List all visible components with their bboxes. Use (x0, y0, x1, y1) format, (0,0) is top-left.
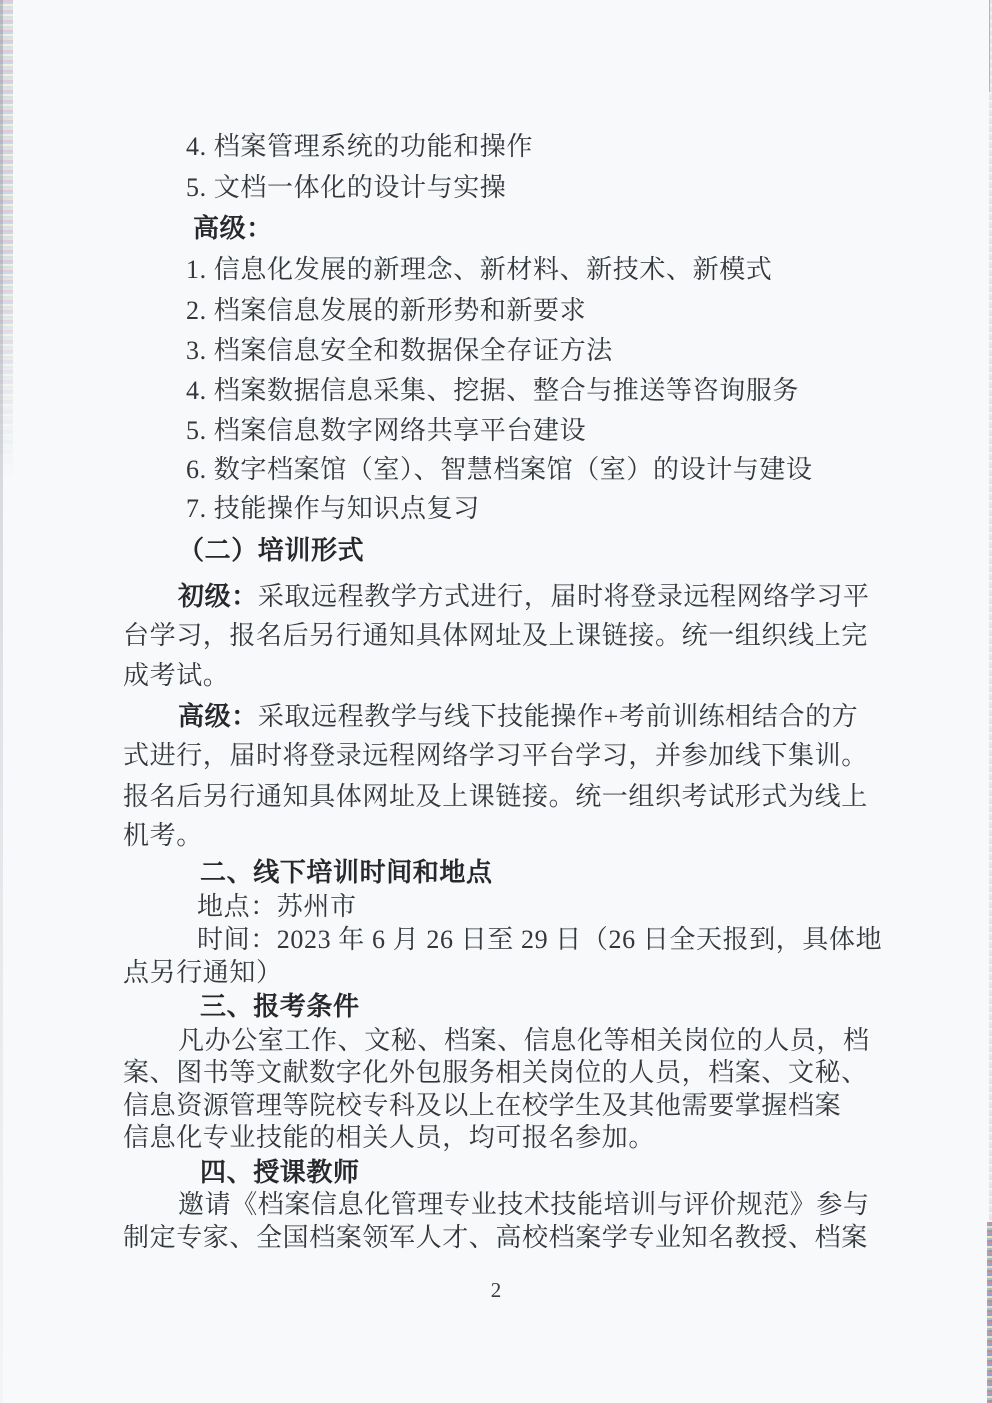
level-heading-advanced: 高级： (193, 213, 273, 245)
list-item-line: 1. 信息化发展的新理念、新材料、新技术、新模式 (186, 254, 772, 286)
paragraph-line: 信息化专业技能的相关人员，均可报名参加。 (123, 1122, 655, 1154)
list-item-line: 4. 档案数据信息采集、挖据、整合与推送等咨询服务 (186, 375, 799, 407)
page-number: 2 (0, 1278, 992, 1303)
document-page: 4. 档案管理系统的功能和操作 5. 文档一体化的设计与实操 高级： 1. 信息… (0, 0, 992, 1403)
paragraph-line: 邀请《档案信息化管理专业技术技能培训与评价规范》参与 (178, 1189, 870, 1221)
paragraph-line: 地点：苏州市 (197, 891, 357, 923)
paragraph-line: 时间：2023 年 6 月 26 日至 29 日（26 日全天报到，具体地 (197, 924, 882, 956)
line-text: 采取远程教学与线下技能操作+考前训练相结合的方 (258, 702, 858, 731)
paragraph-line: 信息资源管理等院校专科及以上在校学生及其他需要掌握档案 (123, 1090, 841, 1122)
lead-label-advanced: 高级： (178, 702, 258, 731)
scan-edge-line-left (0, 0, 3, 1403)
list-item-line: 6. 数字档案馆（室）、智慧档案馆（室）的设计与建设 (186, 454, 813, 486)
paragraph-line: 点另行通知） (123, 957, 283, 989)
paragraph-line: 案、图书等文献数字化外包服务相关岗位的人员，档案、文秘、 (123, 1057, 868, 1089)
list-item-line: 5. 档案信息数字网络共享平台建设 (186, 415, 586, 447)
paragraph-line: 式进行，届时将登录远程网络学习平台学习，并参加线下集训。 (123, 740, 868, 772)
line-text: 采取远程教学方式进行，届时将登录远程网络学习平 (258, 582, 870, 611)
paragraph-line: 凡办公室工作、文秘、档案、信息化等相关岗位的人员，档 (178, 1025, 870, 1057)
paragraph-line: 报名后另行通知具体网址及上课链接。统一组织考试形式为线上 (123, 781, 868, 813)
paragraph-line: 高级：采取远程教学与线下技能操作+考前训练相结合的方 (178, 701, 858, 733)
paragraph-line: 成考试。 (123, 660, 229, 692)
lead-label-beginner: 初级： (178, 582, 258, 611)
list-item-line: 7. 技能操作与知识点复习 (186, 493, 480, 525)
scan-fringe-right-bottom (987, 1222, 992, 1403)
paragraph-line: 初级：采取远程教学方式进行，届时将登录远程网络学习平 (178, 581, 870, 613)
section-heading-offline-time-place: 二、线下培训时间和地点 (200, 857, 493, 889)
paragraph-line: 制定专家、全国档案领军人才、高校档案学专业知名教授、档案 (123, 1222, 868, 1254)
list-item-line: 5. 文档一体化的设计与实操 (186, 172, 506, 204)
list-item-line: 3. 档案信息安全和数据保全存证方法 (186, 335, 613, 367)
paragraph-line: 台学习，报名后另行通知具体网址及上课链接。统一组织线上完 (123, 620, 868, 652)
section-heading-application-conditions: 三、报考条件 (200, 991, 360, 1023)
section-heading-training-format: （二）培训形式 (178, 535, 364, 567)
list-item-line: 2. 档案信息发展的新形势和新要求 (186, 295, 586, 327)
list-item-line: 4. 档案管理系统的功能和操作 (186, 131, 533, 163)
paragraph-line: 机考。 (123, 820, 203, 852)
section-heading-instructors: 四、授课教师 (200, 1157, 360, 1189)
scan-edge-line-top-right (989, 0, 990, 92)
